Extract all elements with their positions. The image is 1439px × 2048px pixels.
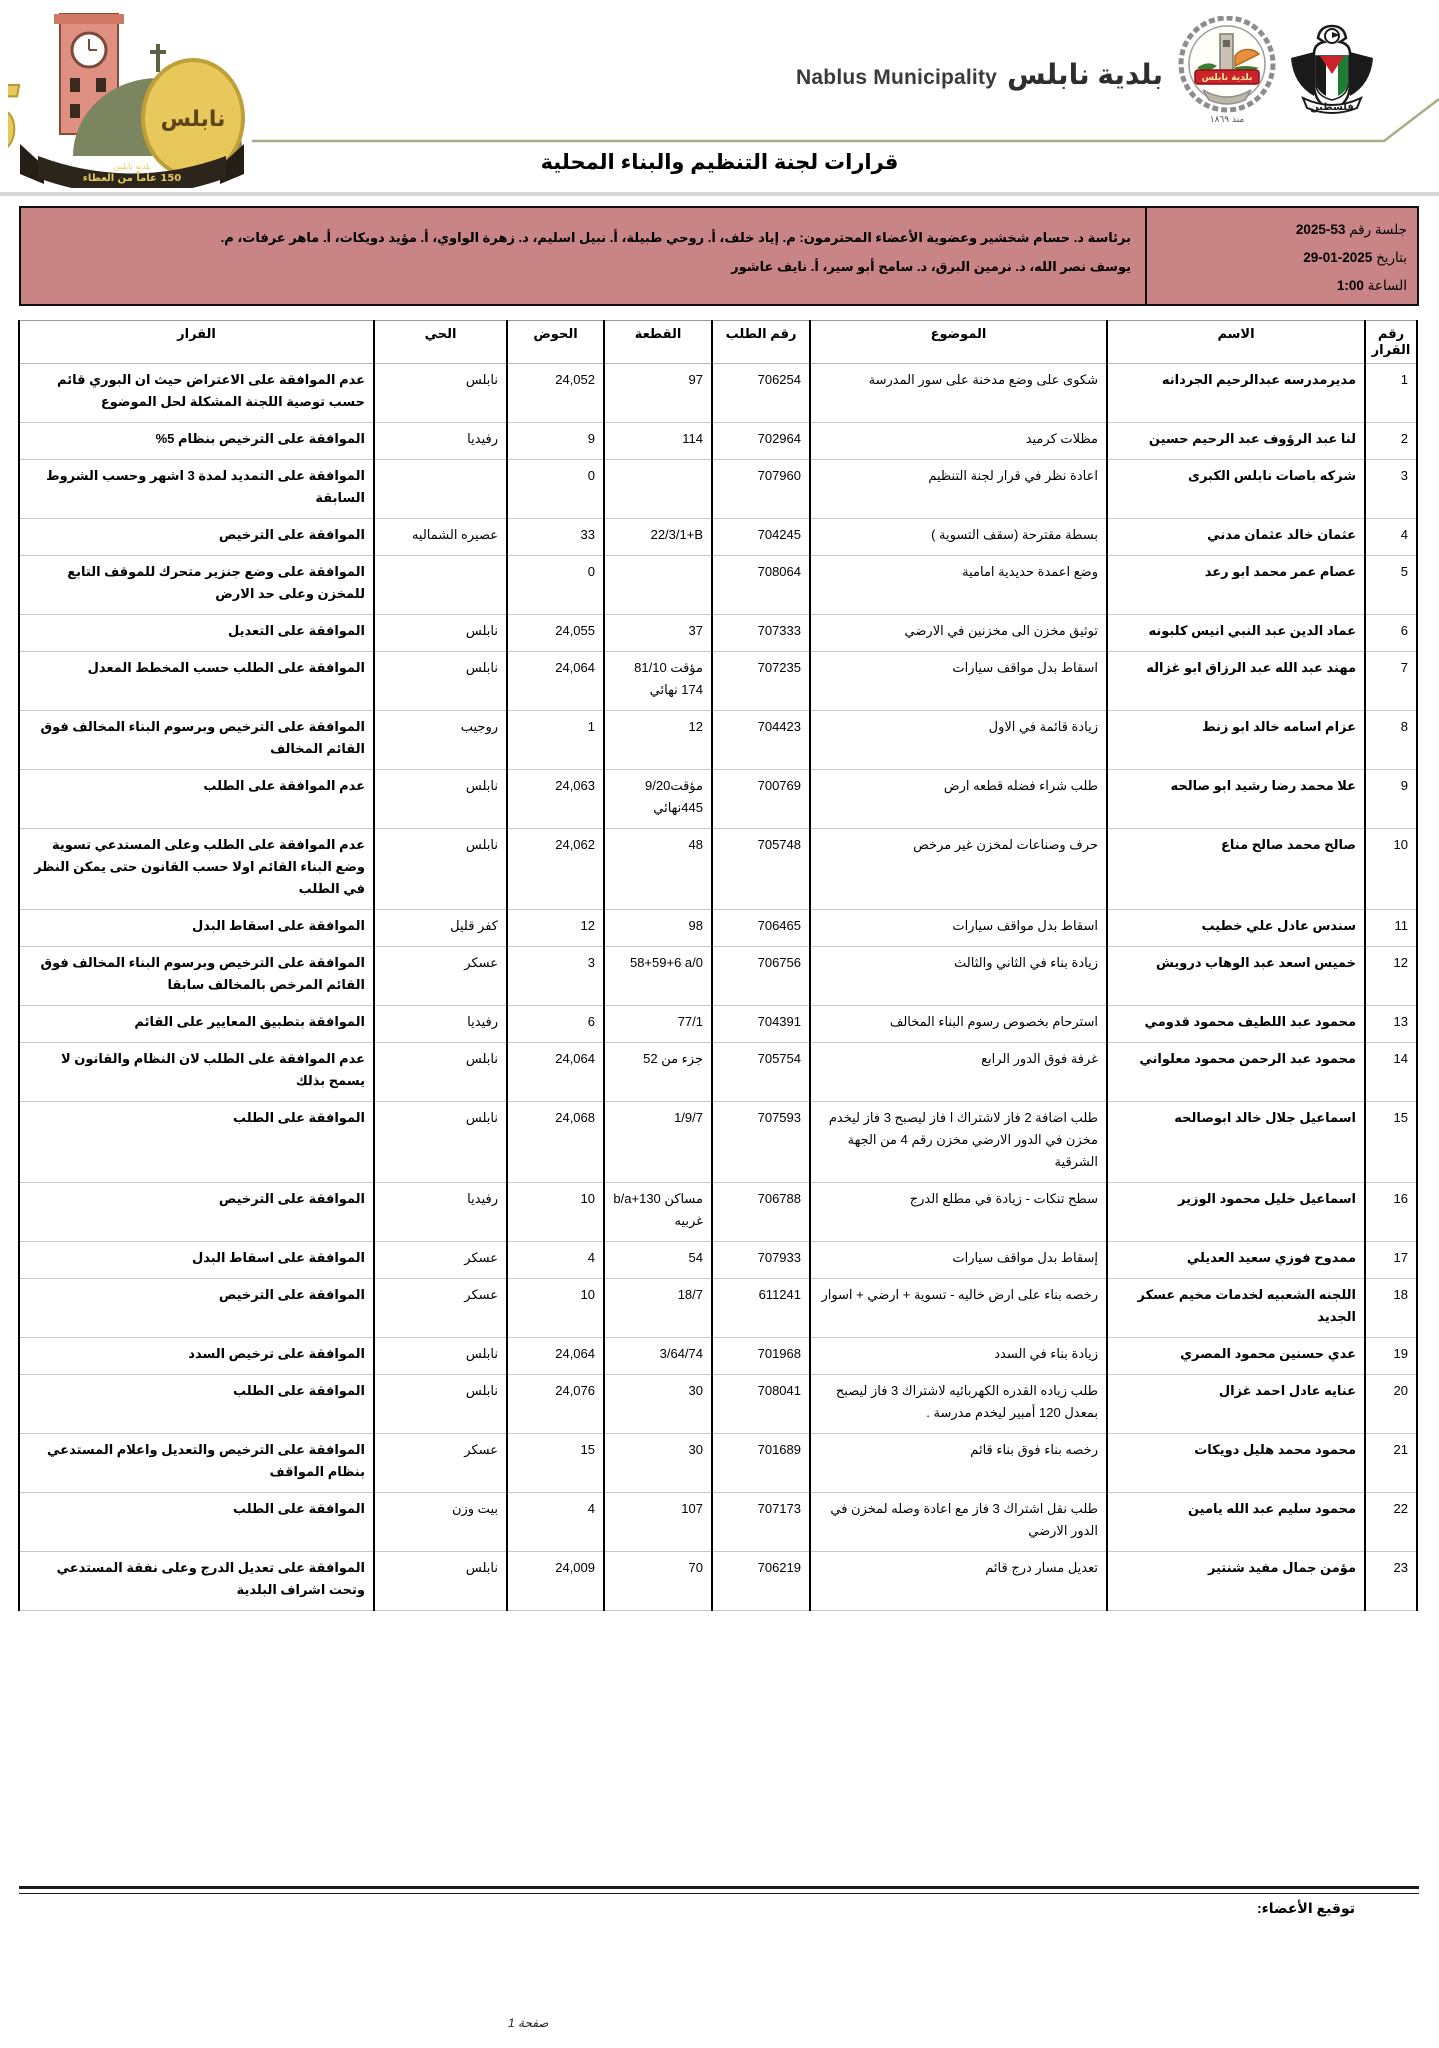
cell-decision: الموافقة على التعديل xyxy=(19,615,374,652)
session-meta: جلسة رقم 53-2025 بتاريخ 2025-01-29 الساع… xyxy=(1145,208,1417,304)
cell-request-number: 708064 xyxy=(712,556,810,615)
header-parcel: القطعة xyxy=(604,321,712,364)
cell-name: عماد الدين عبد النبي انيس كلبونه xyxy=(1107,615,1365,652)
cell-decision: الموافقة على الترخيص xyxy=(19,1279,374,1338)
cell-decision-number: 20 xyxy=(1365,1375,1417,1434)
cell-subject: زيادة بناء في الثاني والثالث xyxy=(810,947,1107,1006)
cell-parcel: ⁦58+59+6 a/0⁩ xyxy=(604,947,712,1006)
cell-subject: اسقاط بدل مواقف سيارات xyxy=(810,652,1107,711)
cell-decision: الموافقة على الترخيص xyxy=(19,1183,374,1242)
cell-basin: 4 xyxy=(507,1493,604,1552)
cell-decision: عدم الموافقة على الطلب وعلى المستدعي تسو… xyxy=(19,829,374,910)
cell-name: اسماعيل جلال خالد ابوصالحه xyxy=(1107,1102,1365,1183)
page-number: صفحة 1 xyxy=(508,2016,548,2030)
header-request-number: رقم الطلب xyxy=(712,321,810,364)
cell-name: محمود عبد اللطيف محمود قدومي xyxy=(1107,1006,1365,1043)
eagle-wing-left-icon xyxy=(1291,52,1314,96)
cell-parcel: 70 xyxy=(604,1552,712,1611)
cell-name: محمود سليم عبد الله يامين xyxy=(1107,1493,1365,1552)
session-number-label: جلسة رقم xyxy=(1349,222,1407,237)
cell-name: خميس اسعد عبد الوهاب درويش xyxy=(1107,947,1365,1006)
cell-basin: 24,068 xyxy=(507,1102,604,1183)
table-row: 21 محمود محمد هليل دويكات رخصه بناء فوق … xyxy=(19,1434,1417,1493)
cell-district: عسكر xyxy=(374,1434,507,1493)
cell-decision: الموافقة على الطلب xyxy=(19,1493,374,1552)
cell-request-number: 705754 xyxy=(712,1043,810,1102)
seal-banner-text: بلدية نابلس xyxy=(1202,73,1253,83)
table-row: 9 علا محمد رضا رشيد ابو صالحه طلب شراء ف… xyxy=(19,770,1417,829)
cell-decision-number: 14 xyxy=(1365,1043,1417,1102)
cell-name: عدي حسنين محمود المصري xyxy=(1107,1338,1365,1375)
cell-request-number: 704391 xyxy=(712,1006,810,1043)
table-row: 10 صالح محمد صالح مناع حرف وصناعات لمخزن… xyxy=(19,829,1417,910)
cell-parcel: جزء من 52 xyxy=(604,1043,712,1102)
cell-decision-number: 13 xyxy=(1365,1006,1417,1043)
cell-basin: 33 xyxy=(507,519,604,556)
table-row: 6 عماد الدين عبد النبي انيس كلبونه توثيق… xyxy=(19,615,1417,652)
cell-name: اللجنه الشعبيه لخدمات مخيم عسكر الجديد xyxy=(1107,1279,1365,1338)
session-number-value: 53-2025 xyxy=(1296,222,1346,237)
cell-decision: الموافقة على الترخيص بنظام 5% xyxy=(19,423,374,460)
cell-request-number: 706219 xyxy=(712,1552,810,1611)
cell-decision: الموافقة على وضع جنزير متحرك للموقف التا… xyxy=(19,556,374,615)
cell-request-number: 704423 xyxy=(712,711,810,770)
cell-decision: الموافقة على الطلب xyxy=(19,1375,374,1434)
cell-subject: رخصه بناء فوق بناء قائم xyxy=(810,1434,1107,1493)
table-row: 17 ممدوح فوزي سعيد العديلي إسقاط بدل موا… xyxy=(19,1242,1417,1279)
table-row: 12 خميس اسعد عبد الوهاب درويش زيادة بناء… xyxy=(19,947,1417,1006)
cell-district: نابلس xyxy=(374,364,507,423)
table-row: 18 اللجنه الشعبيه لخدمات مخيم عسكر الجدي… xyxy=(19,1279,1417,1338)
cell-decision: الموافقة على الطلب حسب المخطط المعدل xyxy=(19,652,374,711)
cell-subject: طلب زياده القدره الكهربائيه لاشتراك 3 فا… xyxy=(810,1375,1107,1434)
document-page: 15 نابلس بلدية نابلس 150 عاماً من العطاء… xyxy=(0,0,1439,2048)
cell-decision: الموافقة على الترخيص xyxy=(19,519,374,556)
session-time-label: الساعة xyxy=(1368,278,1407,293)
cell-name: لنا عبد الرؤوف عبد الرحيم حسين xyxy=(1107,423,1365,460)
cell-basin: 24,064 xyxy=(507,1338,604,1375)
cell-decision: الموافقة على الطلب xyxy=(19,1102,374,1183)
cell-parcel: ⁦81/10 مؤقت 174 نهائي⁩ xyxy=(604,652,712,711)
cell-parcel: 98 xyxy=(604,910,712,947)
cell-decision-number: 11 xyxy=(1365,910,1417,947)
table-row: 11 سندس عادل علي خطيب اسقاط بدل مواقف سي… xyxy=(19,910,1417,947)
cell-parcel: ⁦22/3/1+B⁩ xyxy=(604,519,712,556)
cell-parcel: 77/1 xyxy=(604,1006,712,1043)
cell-parcel: 18/7 xyxy=(604,1279,712,1338)
municipality-name-english: Nablus Municipality xyxy=(796,66,997,90)
cell-request-number: 701689 xyxy=(712,1434,810,1493)
cell-decision-number: 16 xyxy=(1365,1183,1417,1242)
cell-parcel: 114 xyxy=(604,423,712,460)
cell-district: نابلس xyxy=(374,1338,507,1375)
cell-decision: الموافقة على الترخيص والتعديل واعلام الم… xyxy=(19,1434,374,1493)
signature-rule xyxy=(19,1886,1419,1894)
cell-district: نابلس xyxy=(374,1102,507,1183)
header-subject: الموضوع xyxy=(810,321,1107,364)
cell-parcel: 107 xyxy=(604,1493,712,1552)
header-name: الاسم xyxy=(1107,321,1365,364)
cell-basin: 6 xyxy=(507,1006,604,1043)
table-row: 2 لنا عبد الرؤوف عبد الرحيم حسين مظلات ك… xyxy=(19,423,1417,460)
cell-decision: الموافقة بتطبيق المعايير على القائم xyxy=(19,1006,374,1043)
cell-subject: طلب اضافة 2 فاز لاشتراك ا فاز ليصبح 3 فا… xyxy=(810,1102,1107,1183)
cell-subject: وضع اعمدة حديدية امامية xyxy=(810,556,1107,615)
emblem-ribbon-text: فلسطين xyxy=(1310,102,1354,113)
cell-request-number: 611241 xyxy=(712,1279,810,1338)
table-row: 8 عزام اسامه خالد ابو زنط زيادة قائمة في… xyxy=(19,711,1417,770)
cell-decision-number: 1 xyxy=(1365,364,1417,423)
cell-name: شركه باصات نابلس الكبرى xyxy=(1107,460,1365,519)
cell-basin: 24,062 xyxy=(507,829,604,910)
table-row: 5 عصام عمر محمد ابو رعد وضع اعمدة حديدية… xyxy=(19,556,1417,615)
cell-basin: 24,055 xyxy=(507,615,604,652)
cell-decision: الموافقة على ترخيص السدد xyxy=(19,1338,374,1375)
cell-name: مؤمن جمال مفيد شنتير xyxy=(1107,1552,1365,1611)
cell-decision-number: 17 xyxy=(1365,1242,1417,1279)
page-title: قرارات لجنة التنظيم والبناء المحلية xyxy=(0,150,1439,175)
cell-request-number: 707933 xyxy=(712,1242,810,1279)
cell-request-number: 706788 xyxy=(712,1183,810,1242)
attendees-line-2: يوسف نصر الله، د. نرمين البرق، د. سامح أ… xyxy=(31,252,1131,281)
cell-decision: عدم الموافقة على الاعتراض حيث ان البوري … xyxy=(19,364,374,423)
cell-decision-number: 21 xyxy=(1365,1434,1417,1493)
attendees-line-1: برئاسة د. حسام شخشير وعضوية الأعضاء المح… xyxy=(31,223,1131,252)
cell-decision-number: 9 xyxy=(1365,770,1417,829)
cell-district: عسكر xyxy=(374,1242,507,1279)
cell-district: عسكر xyxy=(374,947,507,1006)
header-basin: الحوض xyxy=(507,321,604,364)
cell-subject: استرحام بخصوص رسوم البناء المخالف xyxy=(810,1006,1107,1043)
cell-parcel: 48 xyxy=(604,829,712,910)
cell-subject: اسقاط بدل مواقف سيارات xyxy=(810,910,1107,947)
cell-decision-number: 4 xyxy=(1365,519,1417,556)
session-time-row: الساعة 1:00 xyxy=(1153,272,1407,300)
palestine-emblem-logo: فلسطين xyxy=(1283,22,1381,122)
cell-name: ممدوح فوزي سعيد العديلي xyxy=(1107,1242,1365,1279)
cell-decision-number: 22 xyxy=(1365,1493,1417,1552)
cell-district: نابلس xyxy=(374,1552,507,1611)
cell-name: محمود عبد الرحمن محمود معلواني xyxy=(1107,1043,1365,1102)
decisions-tbody: 1 مديرمدرسه عبدالرحيم الجردانه شكوى على … xyxy=(19,364,1417,1611)
flag-shield-icon xyxy=(1316,56,1348,100)
table-header-row: رقم القرار الاسم الموضوع رقم الطلب القطع… xyxy=(19,321,1417,364)
cell-decision-number: 15 xyxy=(1365,1102,1417,1183)
session-number-row: جلسة رقم 53-2025 xyxy=(1153,216,1407,244)
cell-basin: 24,076 xyxy=(507,1375,604,1434)
cell-request-number: 708041 xyxy=(712,1375,810,1434)
cell-parcel: ⁦b/a+130 مساكن غربيه⁩ xyxy=(604,1183,712,1242)
cell-subject: طلب نقل اشتراك 3 فاز مع اعادة وصله لمخزن… xyxy=(810,1493,1107,1552)
cell-parcel: 37 xyxy=(604,615,712,652)
cell-decision: الموافقة على التمديد لمدة 3 اشهر وحسب ال… xyxy=(19,460,374,519)
municipality-name-arabic: بلدية نابلس xyxy=(1007,58,1163,91)
table-row: 13 محمود عبد اللطيف محمود قدومي استرحام … xyxy=(19,1006,1417,1043)
session-date-row: بتاريخ 2025-01-29 xyxy=(1153,244,1407,272)
cell-district: رفيديا xyxy=(374,423,507,460)
cell-basin: 4 xyxy=(507,1242,604,1279)
eagle-wing-right-icon xyxy=(1350,52,1373,96)
header-decision: القرار xyxy=(19,321,374,364)
nablus-seal-logo: بلدية نابلس منذ ١٨٦٩ xyxy=(1173,16,1281,128)
cell-basin: 3 xyxy=(507,947,604,1006)
cell-district: نابلس xyxy=(374,1375,507,1434)
cell-subject: بسطة مقترحة (سقف التسوية ) xyxy=(810,519,1107,556)
cell-parcel: ⁦9/20مؤقت 445نهائي⁩ xyxy=(604,770,712,829)
cell-district: عسكر xyxy=(374,1279,507,1338)
cell-district: نابلس xyxy=(374,829,507,910)
cell-request-number: 706465 xyxy=(712,910,810,947)
header-divider xyxy=(0,192,1439,196)
cell-district: رفيديا xyxy=(374,1183,507,1242)
cell-district: نابلس xyxy=(374,1043,507,1102)
header-district: الحي xyxy=(374,321,507,364)
cell-decision-number: 5 xyxy=(1365,556,1417,615)
cell-district xyxy=(374,460,507,519)
cell-basin: 24,063 xyxy=(507,770,604,829)
cell-name: صالح محمد صالح مناع xyxy=(1107,829,1365,910)
cell-parcel: 12 xyxy=(604,711,712,770)
decisions-table: رقم القرار الاسم الموضوع رقم الطلب القطع… xyxy=(18,320,1418,1611)
table-row: 19 عدي حسنين محمود المصري زيادة بناء في … xyxy=(19,1338,1417,1375)
table-row: 22 محمود سليم عبد الله يامين طلب نقل اشت… xyxy=(19,1493,1417,1552)
cell-parcel: 1/9/7 xyxy=(604,1102,712,1183)
cell-request-number: 701968 xyxy=(712,1338,810,1375)
cell-parcel: 30 xyxy=(604,1375,712,1434)
cell-basin: 10 xyxy=(507,1279,604,1338)
cell-subject: إسقاط بدل مواقف سيارات xyxy=(810,1242,1107,1279)
cell-subject: زيادة بناء في السدد xyxy=(810,1338,1107,1375)
cell-district: كفر قليل xyxy=(374,910,507,947)
cell-district: رفيديا xyxy=(374,1006,507,1043)
cell-subject: حرف وصناعات لمخزن غير مرخص xyxy=(810,829,1107,910)
cell-parcel: 54 xyxy=(604,1242,712,1279)
table-row: 3 شركه باصات نابلس الكبرى اعادة نظر في ق… xyxy=(19,460,1417,519)
cell-basin: 12 xyxy=(507,910,604,947)
cell-name: عزام اسامه خالد ابو زنط xyxy=(1107,711,1365,770)
cell-request-number: 707235 xyxy=(712,652,810,711)
cell-name: عصام عمر محمد ابو رعد xyxy=(1107,556,1365,615)
cell-name: علا محمد رضا رشيد ابو صالحه xyxy=(1107,770,1365,829)
cell-subject: سطح تنكات - زيادة في مطلع الدرج xyxy=(810,1183,1107,1242)
cell-district: عصيره الشماليه xyxy=(374,519,507,556)
cell-request-number: 707173 xyxy=(712,1493,810,1552)
cell-decision-number: 6 xyxy=(1365,615,1417,652)
table-row: 4 عثمان خالد عثمان مدني بسطة مقترحة (سقف… xyxy=(19,519,1417,556)
cell-name: مهند عبد الله عبد الرزاق ابو غزاله xyxy=(1107,652,1365,711)
cell-basin: 15 xyxy=(507,1434,604,1493)
cell-name: مديرمدرسه عبدالرحيم الجردانه xyxy=(1107,364,1365,423)
cell-request-number: 706756 xyxy=(712,947,810,1006)
cell-request-number: 707333 xyxy=(712,615,810,652)
session-time-value: 1:00 xyxy=(1337,278,1364,293)
cell-subject: زيادة قائمة في الاول xyxy=(810,711,1107,770)
cell-name: اسماعيل خليل محمود الوزير xyxy=(1107,1183,1365,1242)
cell-basin: 10 xyxy=(507,1183,604,1242)
cell-decision: الموافقة على تعديل الدرج وعلى نفقة المست… xyxy=(19,1552,374,1611)
cell-decision-number: 23 xyxy=(1365,1552,1417,1611)
session-date-label: بتاريخ xyxy=(1376,250,1407,265)
table-row: 7 مهند عبد الله عبد الرزاق ابو غزاله اسق… xyxy=(19,652,1417,711)
cell-decision-number: 2 xyxy=(1365,423,1417,460)
cell-name: عثمان خالد عثمان مدني xyxy=(1107,519,1365,556)
cell-parcel: 30 xyxy=(604,1434,712,1493)
cell-district: نابلس xyxy=(374,615,507,652)
cell-decision: عدم الموافقة على الطلب xyxy=(19,770,374,829)
cell-basin: 24,064 xyxy=(507,652,604,711)
cell-request-number: 707593 xyxy=(712,1102,810,1183)
cell-subject: غرفة فوق الدور الرابع xyxy=(810,1043,1107,1102)
cell-request-number: 705748 xyxy=(712,829,810,910)
cell-basin: 0 xyxy=(507,556,604,615)
cell-request-number: 707960 xyxy=(712,460,810,519)
table-row: 16 اسماعيل خليل محمود الوزير سطح تنكات -… xyxy=(19,1183,1417,1242)
cell-district xyxy=(374,556,507,615)
cell-subject: طلب شراء فضله قطعه ارض xyxy=(810,770,1107,829)
cell-parcel xyxy=(604,460,712,519)
cell-subject: تعديل مسار درج قائم xyxy=(810,1552,1107,1611)
cell-subject: توثيق مخزن الى مخزنين في الارضي xyxy=(810,615,1107,652)
cell-parcel: 97 xyxy=(604,364,712,423)
cell-district: نابلس xyxy=(374,770,507,829)
table-row: 14 محمود عبد الرحمن محمود معلواني غرفة ف… xyxy=(19,1043,1417,1102)
cell-subject: شكوى على وضع مدخنة على سور المدرسة xyxy=(810,364,1107,423)
cell-decision-number: 12 xyxy=(1365,947,1417,1006)
cell-request-number: 700769 xyxy=(712,770,810,829)
cell-basin: 0 xyxy=(507,460,604,519)
cell-subject: اعادة نظر في قرار لجنة التنظيم xyxy=(810,460,1107,519)
cell-decision: الموافقة على اسقاط البدل xyxy=(19,1242,374,1279)
cell-name: محمود محمد هليل دويكات xyxy=(1107,1434,1365,1493)
cell-decision: الموافقة على اسقاط البدل xyxy=(19,910,374,947)
cell-decision-number: 8 xyxy=(1365,711,1417,770)
cell-decision-number: 18 xyxy=(1365,1279,1417,1338)
cell-parcel xyxy=(604,556,712,615)
header-decision-number: رقم القرار xyxy=(1365,321,1417,364)
cell-subject: مظلات كرميد xyxy=(810,423,1107,460)
cell-decision-number: 10 xyxy=(1365,829,1417,910)
cell-decision: الموافقة على الترخيص وبرسوم البناء المخا… xyxy=(19,947,374,1006)
cell-district: نابلس xyxy=(374,652,507,711)
table-row: 20 عنايه عادل احمد غزال طلب زياده القدره… xyxy=(19,1375,1417,1434)
session-info-box: جلسة رقم 53-2025 بتاريخ 2025-01-29 الساع… xyxy=(19,206,1419,306)
seal-since-text: منذ ١٨٦٩ xyxy=(1210,115,1245,125)
table-row: 1 مديرمدرسه عبدالرحيم الجردانه شكوى على … xyxy=(19,364,1417,423)
cell-decision: عدم الموافقة على الطلب لان النظام والقان… xyxy=(19,1043,374,1102)
table-row: 15 اسماعيل جلال خالد ابوصالحه طلب اضافة … xyxy=(19,1102,1417,1183)
cell-decision: الموافقة على الترخيص وبرسوم البناء المخا… xyxy=(19,711,374,770)
cell-request-number: 702964 xyxy=(712,423,810,460)
cell-basin: 24,064 xyxy=(507,1043,604,1102)
cell-name: سندس عادل علي خطيب xyxy=(1107,910,1365,947)
municipality-name: بلدية نابلس Nablus Municipality xyxy=(796,58,1163,91)
cell-subject: رخصه بناء على ارض خاليه - تسوية + ارضي +… xyxy=(810,1279,1107,1338)
cell-district: بيت وزن xyxy=(374,1493,507,1552)
cell-basin: 24,052 xyxy=(507,364,604,423)
cell-decision-number: 3 xyxy=(1365,460,1417,519)
cell-district: روجيب xyxy=(374,711,507,770)
cell-decision-number: 7 xyxy=(1365,652,1417,711)
cell-basin: 1 xyxy=(507,711,604,770)
cell-request-number: 706254 xyxy=(712,364,810,423)
cell-basin: 24,009 xyxy=(507,1552,604,1611)
cell-request-number: 704245 xyxy=(712,519,810,556)
cell-basin: 9 xyxy=(507,423,604,460)
attendees: برئاسة د. حسام شخشير وعضوية الأعضاء المح… xyxy=(21,208,1145,304)
cell-name: عنايه عادل احمد غزال xyxy=(1107,1375,1365,1434)
signature-label: توقيع الأعضاء: xyxy=(1257,1900,1355,1917)
logo-city-name: نابلس xyxy=(161,107,226,132)
cell-parcel: 3/64/74 xyxy=(604,1338,712,1375)
cell-decision-number: 19 xyxy=(1365,1338,1417,1375)
table-row: 23 مؤمن جمال مفيد شنتير تعديل مسار درج ق… xyxy=(19,1552,1417,1611)
session-date-value: 2025-01-29 xyxy=(1303,250,1372,265)
